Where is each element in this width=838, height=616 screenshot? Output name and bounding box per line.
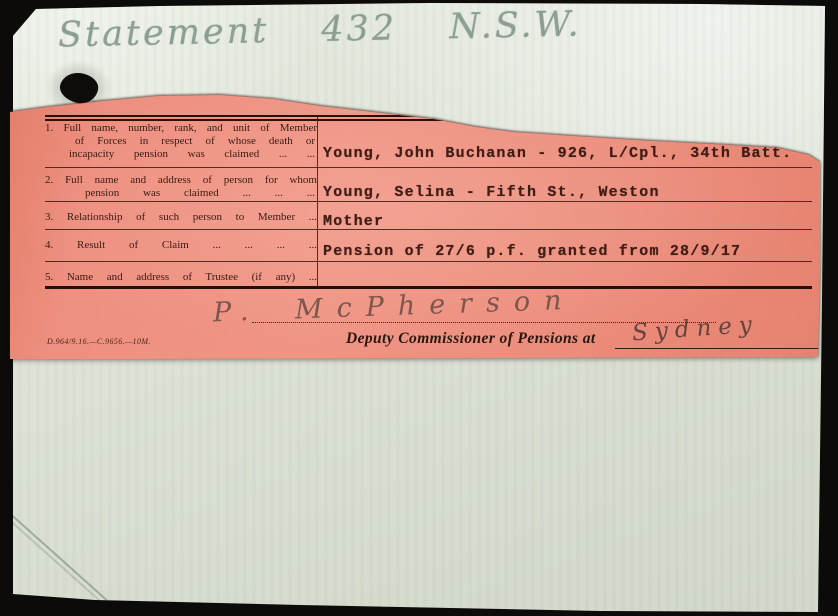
row-divider: [45, 167, 812, 168]
form-label-4: 4. Result of Claim ... ... ... ...: [45, 239, 317, 252]
table-top-rule: [45, 115, 501, 121]
pension-card-container: 1. Full name, number, rank, and unit of …: [8, 90, 822, 362]
form-label-5-line-1: 5. Name and address of Trustee (if any) …: [45, 271, 317, 284]
form-label-1-line-2: of Forces in respect of whose death or: [45, 135, 317, 148]
scanned-document: Statement 432 N.S.W. 1. Full name, numbe…: [0, 0, 838, 616]
row-divider: [45, 261, 812, 262]
form-label-3-line-1: 3. Relationship of such person to Member…: [45, 211, 317, 224]
signature-title: Deputy Commissioner of Pensions at: [346, 330, 596, 348]
paper-crease: [11, 521, 101, 602]
form-label-4-line-1: 4. Result of Claim ... ... ... ...: [45, 239, 317, 252]
form-label-5: 5. Name and address of Trustee (if any) …: [45, 271, 317, 284]
location-line: [615, 348, 818, 349]
form-label-3: 3. Relationship of such person to Member…: [45, 211, 317, 224]
pension-statement-card: 1. Full name, number, rank, and unit of …: [8, 90, 822, 362]
form-value-member-name: Young, John Buchanan - 926, L/Cpl., 34th…: [323, 145, 815, 162]
form-label-2: 2. Full name and address of person for w…: [45, 174, 317, 200]
form-value-claim-result: Pension of 27/6 p.f. granted from 28/9/1…: [323, 243, 815, 260]
row-divider: [45, 201, 812, 202]
form-value-relationship: Mother: [323, 213, 815, 230]
handwritten-note: Statement 432 N.S.W.: [58, 5, 582, 56]
form-label-2-line-1: 2. Full name and address of person for w…: [45, 174, 317, 187]
form-label-1-line-1: 1. Full name, number, rank, and unit of …: [45, 122, 317, 135]
paper-crease: [12, 515, 108, 601]
form-label-1-line-3: incapacity pension was claimed ... ...: [45, 148, 317, 161]
table-bottom-rule: [45, 286, 812, 289]
corner-fold: [11, 8, 36, 38]
signature-location-handwriting: Sydney: [631, 312, 759, 347]
form-label-2-line-2: pension was claimed ... ... ...: [45, 187, 317, 200]
form-label-1: 1. Full name, number, rank, and unit of …: [45, 122, 317, 161]
form-value-claimant-name: Young, Selina - Fifth St., Weston: [323, 184, 815, 201]
table-column-divider: [317, 116, 318, 288]
form-print-code: D.964/9.16.—C.9656.—10M.: [47, 337, 151, 346]
